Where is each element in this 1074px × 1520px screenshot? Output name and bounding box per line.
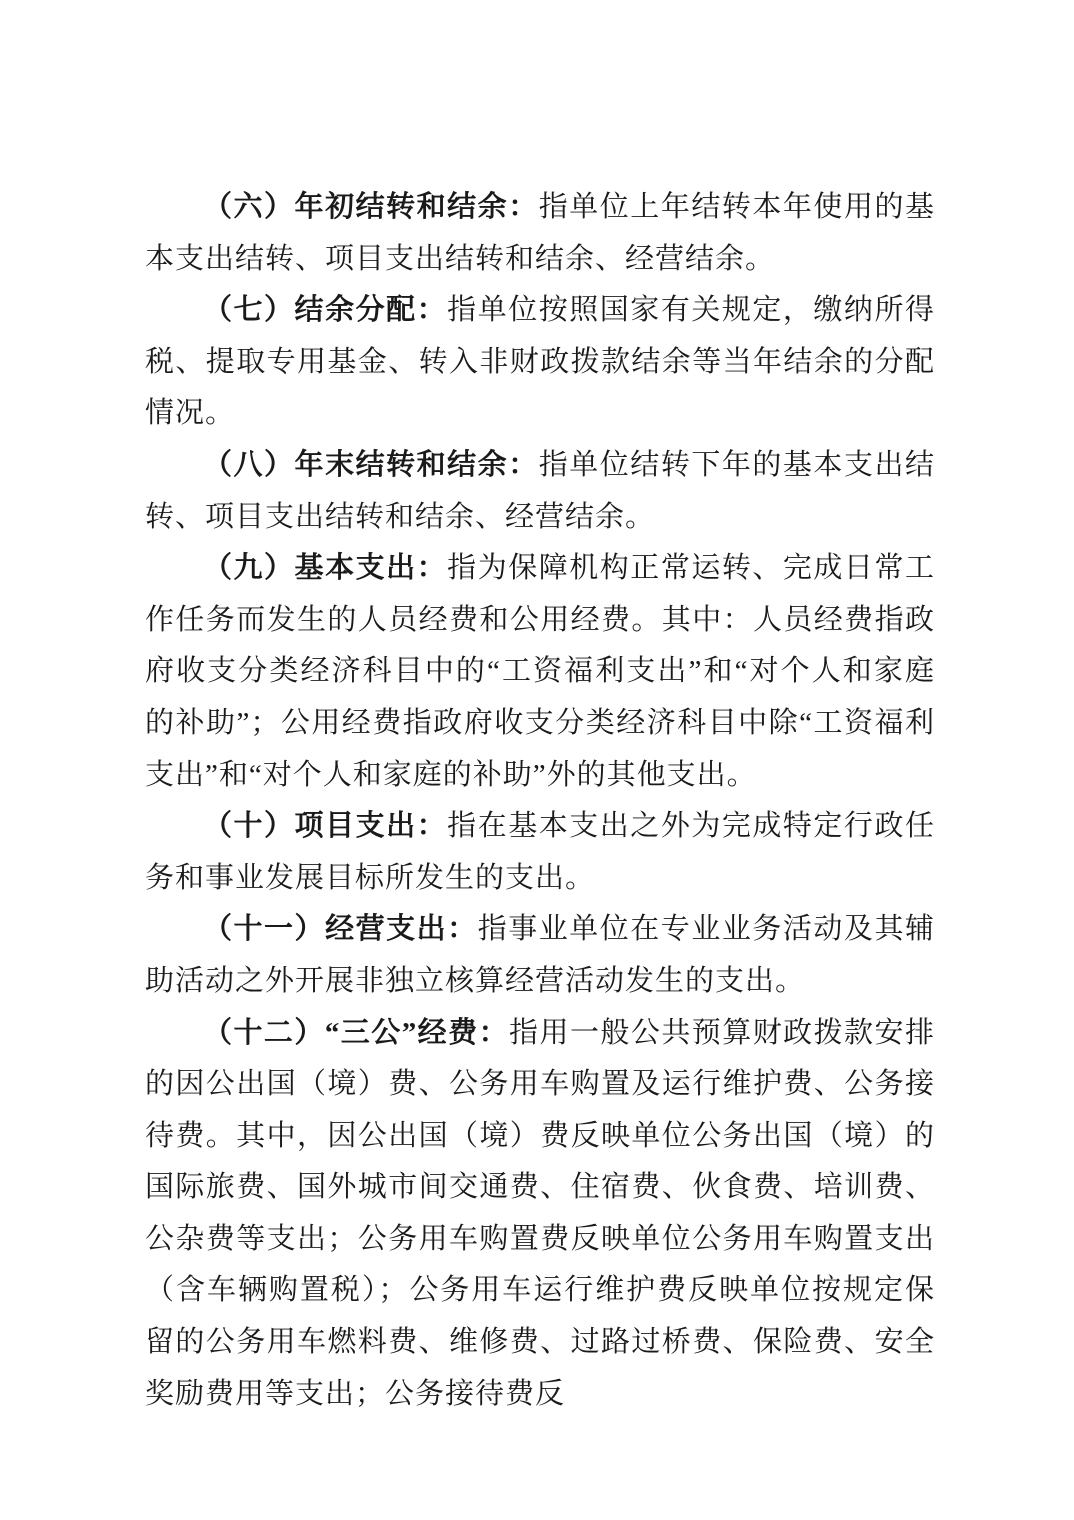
paragraph-term-label: （十）项目支出： [203, 810, 447, 842]
paragraph-body-text: 指用一般公共预算财政拨款安排的因公出国（境）费、公务用车购置及运行维护费、公务接… [145, 1017, 935, 1410]
paragraph-term-label: （八）年末结转和结余： [203, 449, 539, 481]
document-body: （六）年初结转和结余：指单位上年结转本年使用的基本支出结转、项目支出结转和结余、… [145, 182, 935, 1420]
paragraph-item-9: （九）基本支出：指为保障机构正常运转、完成日常工作任务而发生的人员经费和公用经费… [145, 543, 935, 801]
document-page: （六）年初结转和结余：指单位上年结转本年使用的基本支出结转、项目支出结转和结余、… [0, 0, 1074, 1520]
paragraph-item-12: （十二）“三公”经费：指用一般公共预算财政拨款安排的因公出国（境）费、公务用车购… [145, 1008, 935, 1421]
paragraph-term-label: （七）结余分配： [203, 294, 447, 326]
paragraph-item-6: （六）年初结转和结余：指单位上年结转本年使用的基本支出结转、项目支出结转和结余、… [145, 182, 935, 285]
paragraph-item-11: （十一）经营支出：指事业单位在专业业务活动及其辅助活动之外开展非独立核算经营活动… [145, 904, 935, 1007]
paragraph-term-label: （九）基本支出： [203, 552, 447, 584]
paragraph-item-8: （八）年末结转和结余：指单位结转下年的基本支出结转、项目支出结转和结余、经营结余… [145, 440, 935, 543]
paragraph-term-label: （六）年初结转和结余： [203, 191, 539, 223]
paragraph-term-label: （十一）经营支出： [203, 913, 478, 945]
paragraph-term-label: （十二）“三公”经费： [203, 1017, 509, 1049]
paragraph-body-text: 指为保障机构正常运转、完成日常工作任务而发生的人员经费和公用经费。其中：人员经费… [145, 552, 935, 790]
paragraph-item-7: （七）结余分配：指单位按照国家有关规定，缴纳所得税、提取专用基金、转入非财政拨款… [145, 285, 935, 440]
paragraph-item-10: （十）项目支出：指在基本支出之外为完成特定行政任务和事业发展目标所发生的支出。 [145, 801, 935, 904]
